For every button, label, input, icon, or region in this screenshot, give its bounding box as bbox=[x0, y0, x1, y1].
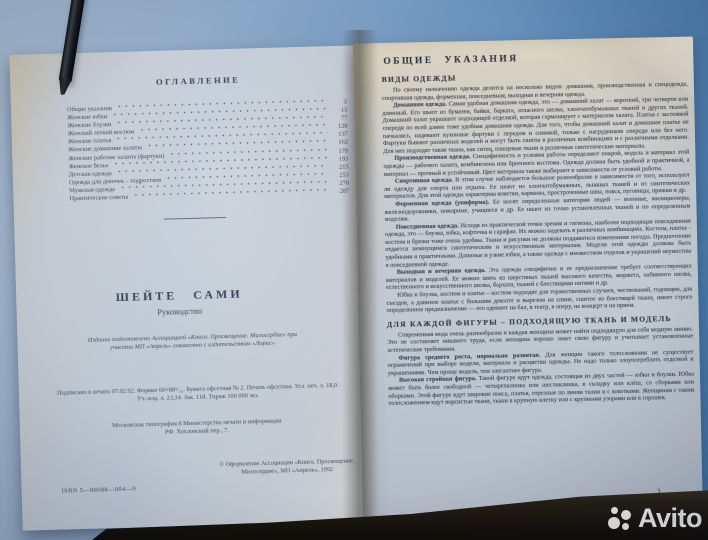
toc-label: Женское белье bbox=[68, 162, 108, 170]
edition-note: Издание подготовлено Ассоциацией «Книга.… bbox=[79, 331, 305, 354]
body-paragraph: Высокая стройная фигура. Такой фигуре ид… bbox=[388, 371, 695, 408]
toc-label: Мужская одежда bbox=[69, 186, 115, 194]
toc-label: Женские блузки bbox=[67, 121, 111, 129]
avito-watermark: Avito bbox=[608, 505, 702, 532]
printer-info: Московская типография 8 Министерства печ… bbox=[112, 417, 282, 439]
photo-background: ОГЛАВЛЕНИЕ Общие указания3 Женские юбки1… bbox=[0, 0, 708, 540]
page-body: ВИДЫ ОДЕЖДЫ По своему назначению одежда … bbox=[382, 69, 695, 408]
toc-label: Женские юбки bbox=[67, 113, 107, 121]
book-gutter-shadow bbox=[342, 30, 378, 535]
toc-label: Женские платья bbox=[68, 137, 112, 145]
section-divider bbox=[164, 217, 226, 220]
left-page: ОГЛАВЛЕНИЕ Общие указания3 Женские юбки1… bbox=[9, 45, 368, 530]
toc-label: Практические советы bbox=[69, 194, 128, 203]
toc-label: Детская одежда bbox=[69, 170, 112, 178]
isbn: ISBN 5—88088—004—9 bbox=[62, 486, 137, 495]
chapter-title: ОБЩИЕ УКАЗАНИЯ bbox=[383, 54, 518, 67]
pen-body bbox=[59, 0, 87, 83]
toc-heading: ОГЛАВЛЕНИЕ bbox=[50, 72, 346, 90]
avito-wordmark: Avito bbox=[638, 505, 702, 532]
right-page: ОБЩИЕ УКАЗАНИЯ ВИДЫ ОДЕЖДЫ По своему наз… bbox=[353, 36, 703, 527]
print-info: Подписано в печать 07.02.92. Формат 60×8… bbox=[53, 382, 343, 407]
table-of-contents: Общие указания3 Женские юбки13 Женские б… bbox=[67, 98, 350, 203]
body-paragraph: Повседневная одежда. Исходя из практичес… bbox=[385, 217, 692, 269]
body-paragraph: Домашняя одежда. Самая удобная домашняя … bbox=[382, 96, 689, 156]
avito-logo-icon bbox=[608, 506, 634, 532]
